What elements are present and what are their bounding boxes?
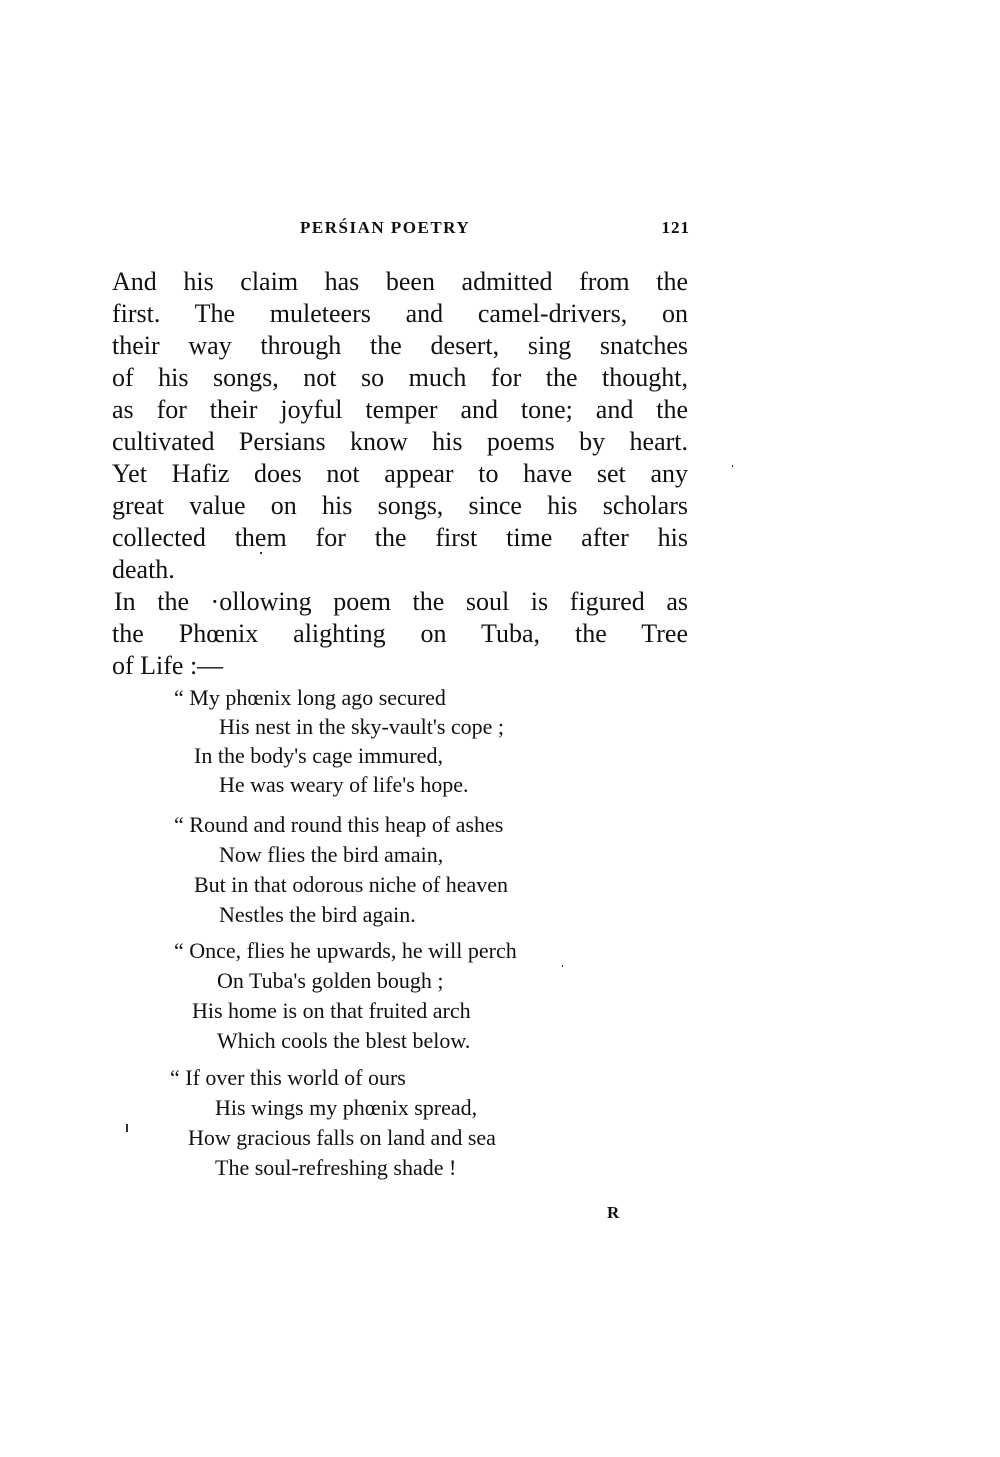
- text-line: death.: [112, 554, 688, 586]
- verse-line: His nest in the sky-vault's cope ;: [219, 712, 504, 741]
- running-title: PERŚIAN POETRY: [300, 218, 470, 238]
- text-line: their way through the desert, sing snatc…: [112, 330, 688, 362]
- text-line: And his claim has been admitted from the: [112, 266, 688, 298]
- verse-line: Nestles the bird again.: [219, 900, 416, 929]
- verse-line: He was weary of life's hope.: [219, 770, 469, 799]
- verse-line: Now flies the bird amain,: [219, 840, 443, 869]
- verse-line: In the body's cage immured,: [194, 741, 443, 770]
- verse-line: His home is on that fruited arch: [192, 996, 471, 1025]
- verse-line: His wings my phœnix spread,: [215, 1093, 477, 1122]
- paragraph-1: And his claim has been admitted from the…: [112, 266, 688, 586]
- verse-line: “ My phœnix long ago secured: [174, 683, 446, 712]
- text-line: cultivated Persians know his poems by he…: [112, 426, 688, 458]
- verse-line: How gracious falls on land and sea: [188, 1123, 496, 1152]
- running-header: PERŚIAN POETRY 121: [300, 218, 690, 242]
- text-line: collected them for the first time after …: [112, 522, 688, 554]
- text-line: Yet Hafiz does not appear to have set an…: [112, 458, 688, 490]
- scan-speck: [732, 465, 733, 467]
- body-text: And his claim has been admitted from the…: [112, 266, 688, 682]
- scan-speck: [126, 1124, 128, 1132]
- text-line: first. The muleteers and camel-drivers, …: [112, 298, 688, 330]
- verse-line: The soul-refreshing shade !: [215, 1153, 456, 1182]
- verse-line: Which cools the blest below.: [217, 1026, 470, 1055]
- verse-line: “ Once, flies he upwards, he will perch: [174, 936, 517, 965]
- page-number: 121: [662, 218, 691, 238]
- text-line: In the ·ollowing poem the soul is figure…: [112, 586, 688, 618]
- scan-speck: [562, 965, 563, 967]
- scan-speck: [260, 552, 262, 554]
- text-line: great value on his songs, since his scho…: [112, 490, 688, 522]
- signature-mark: R: [607, 1203, 619, 1223]
- text-line: as for their joyful temper and tone; and…: [112, 394, 688, 426]
- book-page: PERŚIAN POETRY 121 And his claim has bee…: [0, 0, 1000, 1457]
- verse-line: “ Round and round this heap of ashes: [174, 810, 503, 839]
- text-line: of Life :—: [112, 650, 688, 682]
- verse-line: On Tuba's golden bough ;: [217, 966, 443, 995]
- text-line: of his songs, not so much for the though…: [112, 362, 688, 394]
- paragraph-2: In the ·ollowing poem the soul is figure…: [112, 586, 688, 682]
- verse-line: But in that odorous niche of heaven: [194, 870, 508, 899]
- verse-line: “ If over this world of ours: [170, 1063, 406, 1092]
- text-line: the Phœnix alighting on Tuba, the Tree: [112, 618, 688, 650]
